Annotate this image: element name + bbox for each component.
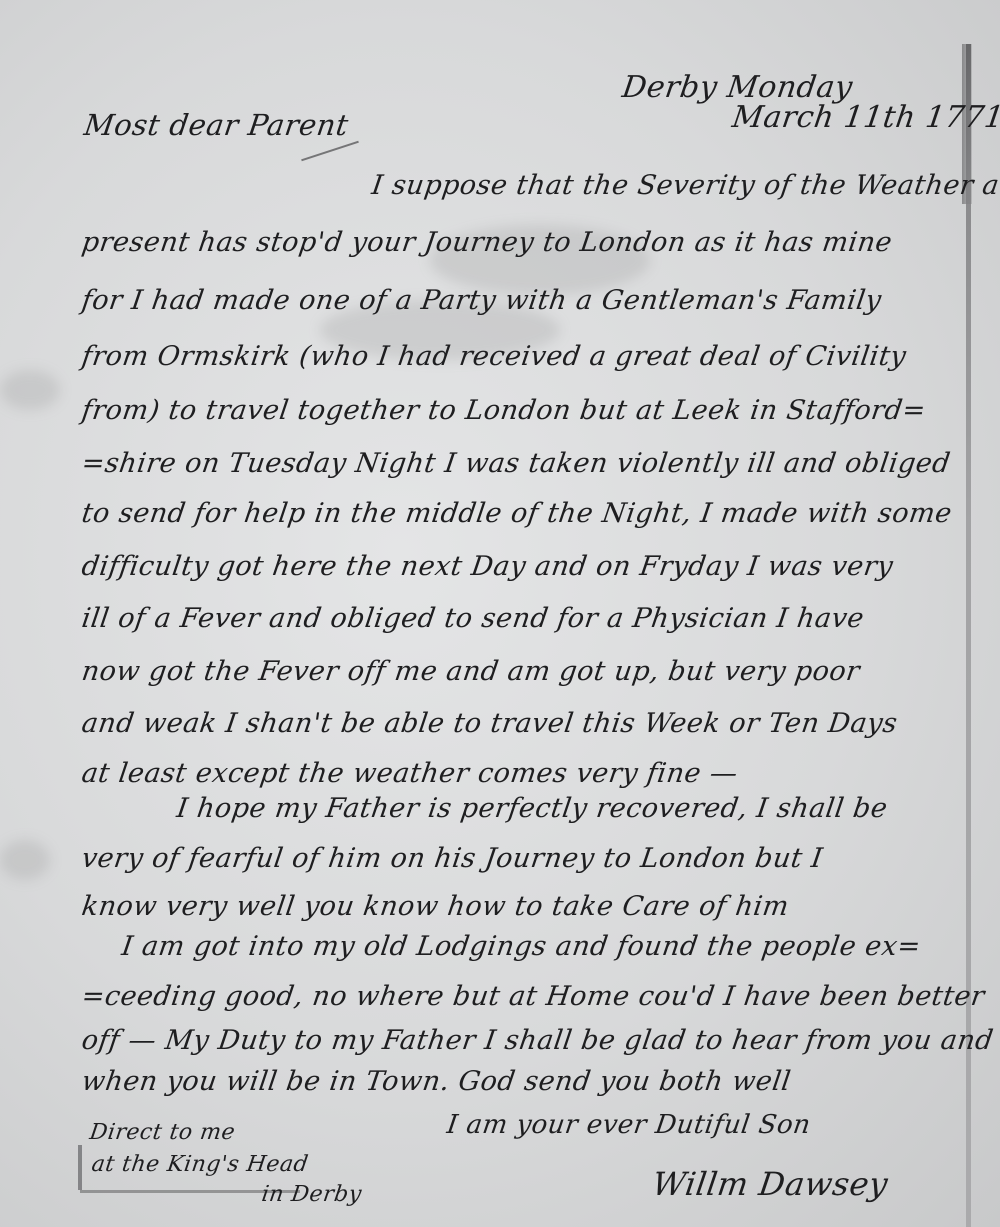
letter-page: Derby Monday March 11th 1771 Most dear P… <box>0 0 1000 1227</box>
signature: Willm Dawsey <box>650 1165 890 1203</box>
direction-line: at the King's Head <box>90 1152 310 1177</box>
body-line: from Ormskirk (who I had received a grea… <box>80 343 908 370</box>
body-line: =ceeding good, no where but at Home cou'… <box>80 983 986 1010</box>
letter-date: March 11th 1771 <box>730 100 1000 135</box>
body-line: off — My Duty to my Father I shall be gl… <box>80 1027 995 1054</box>
salutation: Most dear Parent <box>82 108 351 142</box>
body-line: I hope my Father is perfectly recovered,… <box>175 795 889 822</box>
ink-smudge <box>0 370 60 410</box>
direction-line: Direct to me <box>88 1120 237 1145</box>
body-line: I am got into my old Lodgings and found … <box>120 933 923 960</box>
direction-bracket <box>78 1145 82 1190</box>
body-line: I suppose that the Severity of the Weath… <box>370 172 1000 199</box>
body-line: ill of a Fever and obliged to send for a… <box>80 605 866 632</box>
salutation-flourish <box>301 141 359 161</box>
body-line: when you will be in Town. God send you b… <box>80 1068 793 1095</box>
body-line: from) to travel together to London but a… <box>80 397 928 424</box>
body-line: very of fearful of him on his Journey to… <box>80 845 825 872</box>
body-line: present has stop'd your Journey to Londo… <box>80 229 894 256</box>
closing: I am your ever Dutiful Son <box>445 1110 813 1140</box>
ink-smudge <box>0 840 50 880</box>
body-line: for I had made one of a Party with a Gen… <box>80 287 883 314</box>
body-line: difficulty got here the next Day and on … <box>80 553 895 580</box>
body-line: now got the Fever off me and am got up, … <box>80 658 862 685</box>
body-line: at least except the weather comes very f… <box>80 760 739 787</box>
body-line: and weak I shan't be able to travel this… <box>80 710 899 737</box>
body-line: to send for help in the middle of the Ni… <box>80 500 954 527</box>
body-line: =shire on Tuesday Night I was taken viol… <box>80 450 952 477</box>
direction-line: in Derby <box>260 1182 363 1207</box>
body-line: know very well you know how to take Care… <box>80 893 791 920</box>
